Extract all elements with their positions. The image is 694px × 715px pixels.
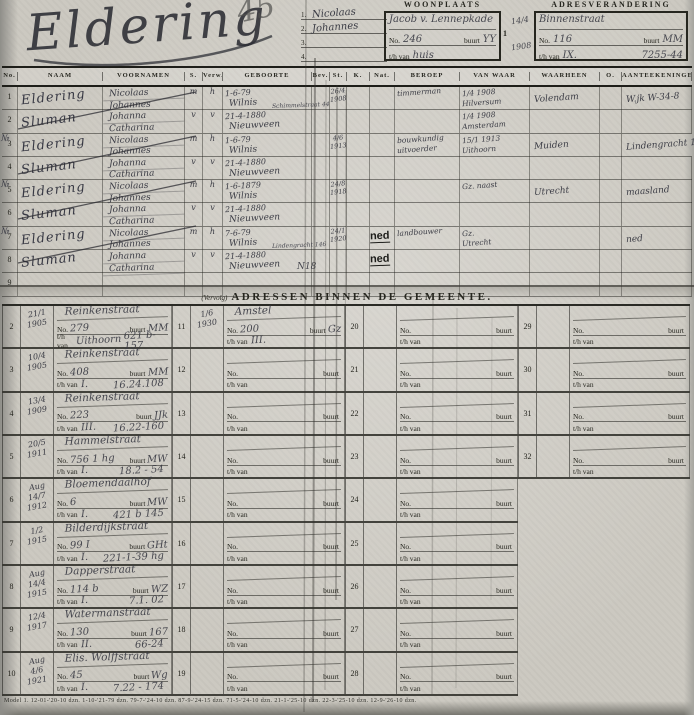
address-street (226, 475, 340, 494)
surname-script: Sluman (20, 204, 77, 225)
address-cell: 32No.buurtt/h van (518, 436, 690, 479)
cell-kerk (347, 157, 370, 180)
tb-label: t/h van (539, 52, 560, 61)
buurt-label: buurt (496, 586, 512, 595)
stray-mark: N18 (297, 262, 316, 272)
cell-kerk (347, 180, 370, 203)
tb-label: t/h van (227, 554, 248, 563)
address-cell-date: 13/41909 (21, 393, 54, 434)
no-label: No. (227, 369, 238, 378)
address-no-row: No.buurt (227, 364, 341, 379)
address-street: Bilderdijkstraat (56, 519, 167, 538)
cell-occupation (395, 157, 460, 180)
tb-label: t/h van (573, 424, 594, 433)
address-cell-body: No.buurtt/h van (397, 436, 518, 477)
tb-label: t/h van (400, 597, 421, 606)
buurt-label: buurt (644, 36, 660, 45)
address-cell: 12No.buurtt/h van (172, 349, 345, 392)
no-label: No. (539, 36, 550, 45)
register-column-header: Nat. (370, 72, 395, 81)
address-tb-value: III. (80, 423, 96, 434)
buurt-label: buurt (323, 499, 339, 508)
entry-date-2: 1908 (510, 41, 531, 53)
cell-sex: m (185, 180, 203, 203)
register-column-header: S. (185, 72, 203, 81)
address-no-row: No.buurt (227, 494, 341, 509)
no-label: No. (227, 542, 238, 551)
woonplaats-street: Jacob v. Lennepkade (389, 14, 496, 30)
address-cell-date (191, 566, 224, 607)
address-cell-body: No.buurtt/h van (224, 393, 345, 434)
address-cell-number: 2 (2, 306, 21, 347)
cell-birth: 21-4-1880Nieuwveen (223, 157, 312, 180)
address-no-value: 223 (70, 411, 90, 422)
cell-relation: v (203, 203, 223, 226)
address-cell-date: 12/41917 (21, 609, 54, 650)
address-cell-date: 21/11905 (21, 306, 54, 347)
address-cell: 221/11905ReinkenstraatNo.279buurtMMt/h v… (2, 306, 172, 349)
address-cell-number: 15 (172, 479, 191, 520)
address-cell-date (191, 609, 224, 650)
address-cell-number: 4 (2, 393, 21, 434)
cell-surname: Sluman (18, 110, 103, 133)
address-cell-body: No.buurtt/h van (397, 306, 518, 347)
cell-surname: Eldering (18, 134, 103, 157)
cell-surname: Eldering (18, 180, 103, 203)
cell-nationality (370, 203, 395, 226)
section-title: ADRESSEN BINNEN DE GEMEENTE. (231, 291, 492, 303)
address-no-row: No.756 1 hgbuurtMW (57, 451, 168, 466)
register-column-header: GEBOORTE (223, 72, 312, 81)
cell-birth: 21-4-1880Nieuwveen (223, 110, 312, 133)
no-label: No. (57, 672, 68, 681)
address-cell-number: 31 (518, 393, 537, 434)
adresverandering-title: ADRESVERANDERING (534, 0, 688, 10)
address-cell-number: 11 (172, 306, 191, 347)
cell-from (460, 203, 530, 226)
remarks-value: maasland (622, 184, 692, 199)
cell-o (600, 87, 622, 110)
address-cell-number: 18 (172, 609, 191, 650)
tb-label: t/h van (57, 467, 78, 476)
cell-row-number: 8 (2, 250, 18, 273)
address-tb-row: t/h van (227, 682, 341, 694)
tb-label: t/h van (227, 337, 248, 346)
address-no-row: No.200buurtGz (227, 321, 341, 336)
register-column-header: No. (2, 72, 18, 81)
address-street (399, 649, 513, 668)
buurt-label: buurt (323, 672, 339, 681)
margin-mark: № (1, 134, 10, 144)
cell-bev (312, 203, 330, 226)
address-cell-body: No.buurtt/h van (397, 566, 518, 607)
address-cell: 28No.buurtt/h van (345, 653, 518, 696)
buurt-label: buurt (130, 369, 146, 378)
address-street (399, 345, 513, 364)
relation-value: v (203, 110, 222, 120)
address-cell-number: 10 (2, 653, 21, 694)
address-cell: 16No.buurtt/h van (172, 523, 345, 566)
address-tb-row: t/h vanI.7.22 - 174 (57, 682, 168, 694)
cell-o (600, 203, 622, 226)
cell-bev: Schimmelstraat 44 (312, 87, 330, 110)
member-name: Nicolaas (312, 6, 356, 20)
register-row: 8SlumanJohannaCatharinavv21-4-1880Nieuwv… (2, 250, 692, 273)
cell-occupation (395, 203, 460, 226)
buurt-label: buurt (496, 456, 512, 465)
register-row: 4SlumanJohannaCatharinavv21-4-1880Nieuwv… (2, 157, 692, 180)
occupation-line: timmerman (395, 85, 460, 99)
address-cell-number: 26 (345, 566, 364, 607)
address-tb-row: t/h van (400, 682, 514, 694)
address-cell-body: WatermanstraatNo.130buurt167t/h vanII.66… (54, 609, 172, 650)
address-cell-number: 22 (345, 393, 364, 434)
address-cell-body: ReinkenstraatNo.279buurtMMt/h vanUithoor… (54, 306, 172, 347)
address-cell-number: 17 (172, 566, 191, 607)
buurt-label: buurt (323, 412, 339, 421)
address-street: Watermanstraat (56, 605, 167, 624)
address-cell-body: ReinkenstraatNo.223buurtJJkt/h vanIII.16… (54, 393, 172, 434)
no-label: No. (227, 456, 238, 465)
cell-o (600, 180, 622, 203)
buurt-label: buurt (668, 412, 684, 421)
sex-value: v (185, 110, 202, 120)
addresses-grid: 221/11905ReinkenstraatNo.279buurtMMt/h v… (2, 304, 690, 694)
surname-script: Eldering (20, 180, 86, 202)
cell-occupation (395, 180, 460, 203)
address-cell: 17No.buurtt/h van (172, 566, 345, 609)
surname-script: Sluman (20, 157, 77, 178)
cell-to (530, 203, 600, 226)
address-buurt-value: WZ (151, 584, 169, 595)
address-cell-body: No.buurtt/h van (224, 653, 345, 694)
address-cell-number: 16 (172, 523, 191, 564)
address-cell: 24No.buurtt/h van (345, 479, 518, 522)
cell-firstnames: NicolaasJohannes (103, 87, 185, 110)
cell-relation: v (203, 110, 223, 133)
member-number: 3. (301, 39, 312, 47)
tb-label: t/h van (57, 510, 78, 519)
address-street (572, 345, 685, 364)
cell-sex: m (185, 87, 203, 110)
household-member-row: 3. (301, 34, 387, 48)
address-cell-date (364, 306, 397, 347)
address-cell: 111/61930AmstelNo.200buurtGzt/h vanIII. (172, 306, 345, 349)
cell-st (330, 110, 347, 133)
cell-nationality (370, 134, 395, 157)
tb-label: t/h van (400, 640, 421, 649)
buurt-label: buurt (496, 369, 512, 378)
cell-row-number: 5№ (2, 180, 18, 203)
cell-remarks (622, 110, 692, 133)
cell-kerk (347, 227, 370, 250)
address-cell-body: HammelstraatNo.756 1 hgbuurtMWt/h vanI.1… (54, 436, 172, 477)
st-date-bottom: 1918 (330, 187, 347, 197)
address-no-value: 45 (70, 671, 83, 682)
entry-index-column: 1 14/4 1908 (502, 10, 533, 62)
no-label: No. (573, 326, 584, 335)
address-no-row: No.buurt (400, 667, 514, 682)
household-member-row: 4. (301, 48, 387, 62)
address-cell-number: 6 (2, 479, 21, 520)
address-buurt-value: MM (147, 367, 168, 378)
address-cell-body: No.buurtt/h van (570, 349, 690, 390)
cell-sex: v (185, 110, 203, 133)
st-date-bottom: 1913 (330, 141, 347, 151)
tb-label: t/h van (227, 424, 248, 433)
address-street: Amstel (226, 302, 340, 321)
scanned-register-card: Eldering 45 1.Nicolaas2.Johannes3.4. WOO… (0, 0, 694, 715)
address-cell-body: No.buurtt/h van (397, 609, 518, 650)
adresverandering-block: ADRESVERANDERING Binnenstraat No. 116 bu… (534, 0, 688, 61)
address-no-row: No.buurt (400, 537, 514, 552)
tb-label: t/h van (400, 510, 421, 519)
no-label: No. (57, 629, 68, 638)
address-street: Dapperstraat (56, 562, 167, 581)
buurt-label: buurt (496, 326, 512, 335)
tb-label: t/h van (400, 424, 421, 433)
address-cell-date (191, 653, 224, 694)
address-no-row: No.buurt (227, 667, 341, 682)
address-street (399, 389, 513, 408)
address-cell: 310/41905ReinkenstraatNo.408buurtMMt/h v… (2, 349, 172, 392)
tb-label: t/h van (400, 337, 421, 346)
tb-label: t/h van (227, 510, 248, 519)
buurt-label: buurt (129, 542, 145, 551)
address-cell-date (364, 436, 397, 477)
address-tb-value: Uithoorn (76, 335, 122, 347)
sex-value: m (185, 180, 202, 190)
address-street (226, 562, 340, 581)
address-no-value: 114 b (70, 584, 99, 595)
cell-to: Volendam (530, 87, 600, 110)
address-cell: 912/41917WatermanstraatNo.130buurt167t/h… (2, 609, 172, 652)
no-label: No. (227, 629, 238, 638)
cell-st: 24/11920 (330, 227, 347, 250)
address-cell-number: 27 (345, 609, 364, 650)
woonplaats-buurt: YY (483, 35, 496, 45)
buurt-label: buurt (668, 369, 684, 378)
address-street: Reinkenstraat (56, 389, 167, 408)
address-cell-date: Aug4/61921 (21, 653, 54, 694)
cell-firstnames: JohannaCatharina (103, 250, 185, 273)
no-label: No. (400, 629, 411, 638)
cell-bev (312, 157, 330, 180)
household-members-list: 1.Nicolaas2.Johannes3.4. (301, 6, 387, 62)
address-cell: 20No.buurtt/h van (345, 306, 518, 349)
tb-label: t/h van (573, 467, 594, 476)
cell-nationality (370, 157, 395, 180)
sex-value: m (185, 87, 202, 97)
address-no-row: No.buurt (573, 407, 686, 422)
address-cell: 71/21915BilderdijkstraatNo.99 IbuurtGHtt… (2, 523, 172, 566)
cell-relation: h (203, 180, 223, 203)
adresverandering-tb: IX. (563, 51, 577, 61)
address-cell: 22No.buurtt/h van (345, 393, 518, 436)
woonplaats-title: WOONPLAATS (384, 0, 501, 10)
no-label: No. (227, 412, 238, 421)
register-row: 6SlumanJohannaCatharinavv21-4-1880Nieuwv… (2, 203, 692, 226)
address-street: Reinkenstraat (56, 345, 167, 364)
address-cell-number: 30 (518, 349, 537, 390)
address-no-row: No.223buurtJJk (57, 407, 168, 422)
cell-sex: v (185, 157, 203, 180)
register-column-header: Verw. (203, 72, 223, 81)
register-column-header: WAARHEEN (530, 72, 600, 81)
cell-surname: Eldering (18, 227, 103, 250)
cell-o (600, 110, 622, 133)
no-label: No. (57, 586, 68, 595)
address-tb-value: III. (250, 336, 266, 347)
cell-birth: 1-6-79Wilnis (223, 134, 312, 157)
address-tb-extra: 7.22 - 174 (113, 682, 169, 695)
address-cell-date (364, 393, 397, 434)
remarks-value: W.jk W-34-8 (622, 91, 692, 106)
member-number: 1. (301, 11, 312, 19)
tb-label: t/h van (400, 684, 421, 693)
buurt-label: buurt (133, 672, 149, 681)
st-date-bottom: 1920 (330, 234, 347, 244)
cell-bev (312, 110, 330, 133)
address-cell: 27No.buurtt/h van (345, 609, 518, 652)
register-column-header: NAAM (18, 72, 103, 81)
address-no-row: No.45buurtWg (57, 667, 168, 682)
cell-kerk (347, 134, 370, 157)
register-row: 1ElderingNicolaasJohannesmh1-6-79WilnisS… (2, 87, 692, 110)
address-cell-date (537, 306, 570, 347)
address-cell-body: No.buurtt/h van (570, 306, 690, 347)
no-label: No. (57, 369, 68, 378)
address-column-blank (518, 479, 690, 694)
address-cell-date (364, 566, 397, 607)
cell-sex: v (185, 250, 203, 273)
cell-firstnames: NicolaasJohannes (103, 134, 185, 157)
address-no-value: 279 (70, 324, 90, 335)
tb-label: t/h van (400, 380, 421, 389)
cell-row-number: 7№ (2, 227, 18, 250)
cell-remarks (622, 250, 692, 273)
address-buurt-value: MW (147, 497, 168, 508)
relation-value: h (203, 227, 222, 237)
cell-firstnames: NicolaasJohannes (103, 180, 185, 203)
cell-surname: Eldering (18, 87, 103, 110)
sex-value: v (185, 157, 202, 167)
address-cell-number: 25 (345, 523, 364, 564)
cell-nationality (370, 180, 395, 203)
address-street (572, 432, 685, 451)
buurt-label: buurt (496, 499, 512, 508)
cell-from: Gz. naast (460, 180, 530, 203)
address-cell-number: 14 (172, 436, 191, 477)
surname-script: Eldering (20, 133, 86, 155)
address-cell-date (364, 349, 397, 390)
address-no-row: No.buurt (227, 624, 341, 639)
address-no-row: No.buurt (227, 407, 341, 422)
address-cell-number: 29 (518, 306, 537, 347)
address-cell: 15No.buurtt/h van (172, 479, 345, 522)
address-cell-body: No.buurtt/h van (397, 523, 518, 564)
st-date-bottom: 1908 (330, 94, 347, 104)
adresverandering-no: 116 (553, 35, 572, 45)
buurt-label: buurt (323, 542, 339, 551)
cell-firstnames: JohannaCatharina (103, 110, 185, 133)
address-cell: 413/41909ReinkenstraatNo.223buurtJJkt/h … (2, 393, 172, 436)
address-tb-value: I. (80, 466, 88, 476)
address-cell-body: AmstelNo.200buurtGzt/h vanIII. (224, 306, 345, 347)
no-label: No. (400, 326, 411, 335)
cell-remarks: maasland (622, 180, 692, 203)
address-cell: 25No.buurtt/h van (345, 523, 518, 566)
address-cell-date: 10/41905 (21, 349, 54, 390)
register-body: 1ElderingNicolaasJohannesmh1-6-79WilnisS… (2, 87, 692, 297)
no-label: No. (400, 499, 411, 508)
margin-mark: № (1, 180, 10, 190)
address-cell-body: DapperstraatNo.114 bbuurtWZt/h vanI.7.1.… (54, 566, 172, 607)
address-street (399, 432, 513, 451)
cell-from: Gz.Utrecht (460, 227, 530, 250)
address-cell-date (537, 393, 570, 434)
address-cell-number: 23 (345, 436, 364, 477)
household-member-row: 1.Nicolaas (301, 6, 387, 20)
no-label: No. (573, 456, 584, 465)
address-cell-number: 20 (345, 306, 364, 347)
address-buurt-value: 167 (149, 627, 169, 638)
address-cell-body: No.buurtt/h van (570, 393, 690, 434)
cell-o (600, 227, 622, 250)
address-no-row: No.buurt (400, 624, 514, 639)
relation-value: v (203, 250, 222, 260)
buurt-label: buurt (496, 672, 512, 681)
address-cell-number: 21 (345, 349, 364, 390)
address-cell-body: No.buurtt/h van (397, 479, 518, 520)
buurt-label: buurt (130, 456, 146, 465)
cell-kerk (347, 87, 370, 110)
address-cell-body: BilderdijkstraatNo.99 IbuurtGHtt/h vanI.… (54, 523, 172, 564)
cell-surname: Sluman (18, 157, 103, 180)
address-cell: 6Aug14/71912BloemendaalhofNo.6buurtMWt/h… (2, 479, 172, 522)
address-column: 111/61930AmstelNo.200buurtGzt/h vanIII.1… (172, 304, 345, 694)
address-cell-body: BloemendaalhofNo.6buurtMWt/h vanI.421 b … (54, 479, 172, 520)
address-street: Reinkenstraat (56, 302, 167, 321)
address-no-row: No.buurt (400, 321, 514, 336)
remarks-value: ned (622, 230, 692, 245)
tb-label: t/h van (227, 380, 248, 389)
cell-birth: 1-6-1879Wilnis (223, 180, 312, 203)
cell-relation: h (203, 87, 223, 110)
address-cell-number: 13 (172, 393, 191, 434)
address-cell-number: 32 (518, 436, 537, 477)
cell-to (530, 157, 600, 180)
tb-label: t/h van (227, 684, 248, 693)
address-no-row: No.130buurt167 (57, 624, 168, 639)
address-street (399, 519, 513, 538)
address-no-row: No.buurt (227, 451, 341, 466)
address-no-value: 6 (70, 498, 77, 508)
tb-label: t/h van (389, 52, 410, 61)
member-number: 4. (301, 53, 312, 61)
address-cell-date: Aug14/41915 (21, 566, 54, 607)
cell-nationality: ned (370, 250, 395, 273)
woonplaats-block: WOONPLAATS Jacob v. Lennepkade No. 246 b… (384, 0, 501, 61)
address-no-row: No.buurt (573, 451, 686, 466)
address-cell-body: No.buurtt/h van (224, 609, 345, 650)
address-no-row: No.buurt (573, 364, 686, 379)
tb-label: t/h van (57, 640, 78, 649)
cell-firstnames: JohannaCatharina (103, 203, 185, 226)
address-street (399, 475, 513, 494)
address-street: Elis. Wolffstraat (56, 649, 167, 668)
address-no-value: 99 I (70, 541, 90, 552)
